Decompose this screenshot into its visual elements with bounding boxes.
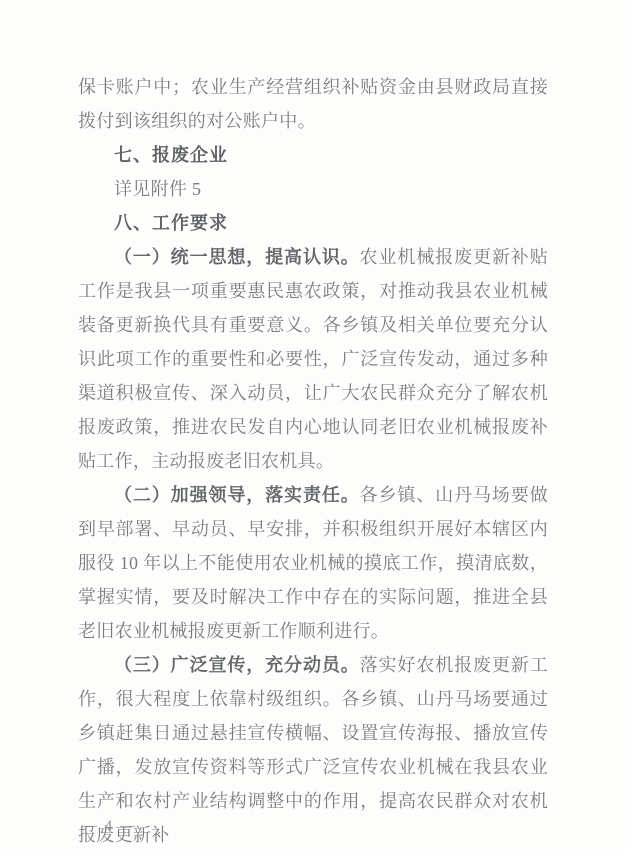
page-number: — 4 —: [82, 818, 137, 834]
section-heading-work-requirements: 八、工作要求: [78, 206, 548, 240]
paragraph-continuation: 保卡账户中；农业生产经营组织补贴资金由县财政局直接拨付到该组织的对公账户中。: [78, 70, 548, 138]
paragraph-1-text: 农业机械报废更新补贴工作是我县一项重要惠民惠农政策，对推动我县农业机械装备更新换…: [78, 247, 548, 471]
page-footer: — 4 —: [82, 817, 137, 835]
paragraph-2-text: 各乡镇、山丹马场要做到早部署、早动员、早安排，并积极组织开展好本辖区内服役 10…: [78, 485, 548, 641]
numbered-paragraph-3: （三）广泛宣传，充分动员。落实好农机报废更新工作，很大程度上依靠村级组织。各乡镇…: [78, 648, 548, 851]
document-body: 保卡账户中；农业生产经营组织补贴资金由县财政局直接拨付到该组织的对公账户中。 七…: [78, 70, 548, 851]
numbered-paragraph-2: （二）加强领导，落实责任。各乡镇、山丹马场要做到早部署、早动员、早安排，并积极组…: [78, 478, 548, 648]
paragraph-1-lead: （一）统一思想，提高认识。: [114, 247, 360, 267]
numbered-paragraph-1: （一）统一思想，提高认识。农业机械报废更新补贴工作是我县一项重要惠民惠农政策，对…: [78, 240, 548, 478]
document-page: 保卡账户中；农业生产经营组织补贴资金由县财政局直接拨付到该组织的对公账户中。 七…: [0, 0, 627, 851]
paragraph-2-lead: （二）加强领导，落实责任。: [114, 485, 360, 505]
section-heading-scrap-enterprises: 七、报废企业: [78, 138, 548, 172]
paragraph-3-text: 落实好农机报废更新工作，很大程度上依靠村级组织。各乡镇、山丹马场要通过乡镇赶集日…: [78, 655, 548, 845]
paragraph-3-lead: （三）广泛宣传，充分动员。: [114, 655, 360, 675]
attachment-reference: 详见附件 5: [78, 172, 548, 206]
